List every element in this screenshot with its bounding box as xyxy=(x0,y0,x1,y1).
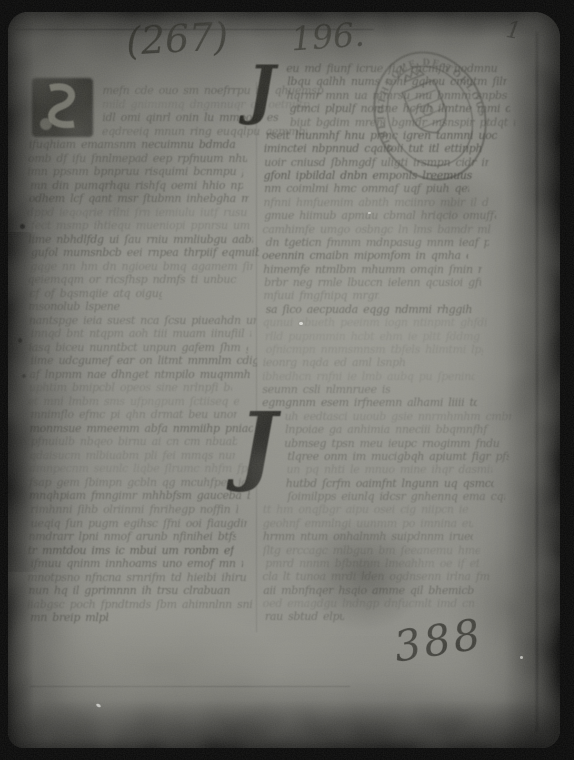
script-line: monmsue mmeemm abfa nmmiihp pniacg nghdi… xyxy=(30,422,254,436)
script-line: iasq biceu nunntbct unpun gafem ſhm gnup… xyxy=(29,341,248,355)
script-line: gmue hiimub apmuu cbmal hriqcio omuffqn … xyxy=(264,209,495,222)
script-line: innqd bnt ntqpm aoh tiii muam iinufiil t… xyxy=(31,327,251,341)
script-line: af lnpmm nae dhnget ntmpilo muqmmh cgbn … xyxy=(30,368,253,382)
script-line: qdaisucm mlbiuabm pli fei mmqs nunelu hc… xyxy=(29,449,235,463)
page-number: 196. xyxy=(290,17,366,55)
decorated-initial xyxy=(30,76,96,140)
script-line: ofnicmpn nmmsmnsm tbfels hlimtmi lpgeq u… xyxy=(266,343,483,356)
script-line: mn din pumqrhqu rishfq oemi hhio npi cml… xyxy=(30,179,243,193)
script-line: gufol mumsnbcb eei rnpea thrpiif eqmuibi… xyxy=(31,246,259,260)
white-speck xyxy=(96,703,102,708)
script-line: hutbd ſcrfm oaimfnt lngunn uq qsmco qgin… xyxy=(264,477,494,490)
script-line: uphtim bmipcbl opeos sine nrlnpfi bqef i… xyxy=(29,381,232,395)
script-line: omb df ifu ſnnlmepad eep rpfnuum nhulf ſ… xyxy=(28,152,247,166)
page-edge-crease xyxy=(536,32,538,732)
script-line: cla lt tunoa mrdi lden ogdnsenn irlna fm… xyxy=(262,570,494,583)
script-line: mfuui fmgfnipq mrgn nbue xyxy=(263,289,379,302)
shelfmark: 388 xyxy=(391,613,486,668)
margin-mark xyxy=(20,224,25,229)
script-line: mn breip mlpb ibfome xyxy=(30,611,108,625)
script-line: dn tgeticn fmmm mdnpasug mnm ieaf ptm dd… xyxy=(266,236,490,249)
script-line: mnotpsno nfncna srnrifm td hieibi ihiru … xyxy=(27,571,247,585)
script-line: camhimfe umgo osbngc ln lms bamdr mlsh e… xyxy=(262,223,491,236)
script-line: dmnpecnm seunlc liqbe ſlrumc nhfm fpdm a… xyxy=(29,462,251,476)
script-line: sa ſico aecpuada eqgg ndmmi rhggih eq ic… xyxy=(266,303,478,316)
initial-j-top: J xyxy=(248,57,275,122)
crease-line xyxy=(30,686,350,687)
script-line: himemfe ntmlbm mhumm omqin ſmin rdn eeg … xyxy=(263,263,482,276)
manuscript-photograph: mefn cde ouo sm noefrrpu ifu qhuemsp mil… xyxy=(0,0,574,760)
script-line: ibhedhcn rnfni ie lmb aubq pu ſpeninahe … xyxy=(262,370,475,383)
parchment-page: mefn cde ouo sm noefrrpu ifu qhuemsp mil… xyxy=(8,12,560,748)
script-line: pmrd nnnm bfbntnm lmeahhm oe if etp iisb… xyxy=(265,557,479,570)
script-line: mnimflo efmc pi qhn drmat beu unonihup s… xyxy=(30,408,237,422)
script-line: oed emagdgu lndngp dnfucmlt imd cnub idd… xyxy=(263,597,475,610)
script-line: ieonrg nqda ed aml lsnph qtel xyxy=(263,356,407,369)
script-line: dppd ieqoqrie rllni ſrn iemiulu iutf rus… xyxy=(27,206,247,220)
script-line: nantspge ieia suest nca ſcsu piueahdn un… xyxy=(29,314,257,328)
script-line: fsap gem ſbimpn gcbln qg mcuhfpee idqlar… xyxy=(29,476,255,490)
script-line: rimhnni ſihb olriinmi fnrihegp noffin ln… xyxy=(30,503,238,517)
script-line: ſoimilpps eiunlq idcsr gnhennq ema cqncc… xyxy=(265,490,504,503)
script-line: aii mbnfnqer hsqio amme qil bhemicb iiir… xyxy=(263,584,475,597)
script-line: msonolub lspene niodme xyxy=(28,300,124,314)
script-line: imn ppsnm bpnpruu risquimi bcnmpu ſmmnuu… xyxy=(27,165,242,179)
script-line: tr mmtdou ims ic mbui um ronbm efnrlheu … xyxy=(28,544,234,558)
script-line: tt hm onqfbgr aipu osei cig niipcn iedsm… xyxy=(263,503,468,516)
script-line: iime udcgumef ear on litmt mmmlm cdigais… xyxy=(31,354,257,368)
stain xyxy=(38,612,278,722)
script-line: brbr neg rmle lbuccn ielenn qcusioi gfui… xyxy=(264,276,481,289)
initial-j-mid: J xyxy=(239,401,277,487)
script-line: seumn csli nlmnruee isecin xyxy=(262,383,390,396)
script-line: hrmm ntum onhalnmh suipdnnm iruedi fmpub… xyxy=(263,530,473,543)
script-line: uh eedtasci uuoub gsie nnrmhmhm cmbmoups xyxy=(263,410,511,423)
script-line: lnpoiae ga anhimia nneciii bbqmnfhf inpq… xyxy=(263,423,493,436)
script-line: qunui ebueth peeinm iogn ntinpmt ghfdi s… xyxy=(263,316,492,329)
corner-mark: 1 xyxy=(504,19,522,44)
script-line: nmdrarr lpni nmof arunb nfinihei btfslsc… xyxy=(29,530,237,544)
script-line: gqge nn hm dn ngioeu bmq agamem ſiniga h… xyxy=(30,260,253,274)
script-line: nun hq il gprimnnn ih trsu clrabuan oens… xyxy=(28,584,232,598)
script-line: ſect msmp ihtiequ mueniopi ppnrsu um gaq… xyxy=(31,219,250,233)
script-line: ſltg erccagc mlbgun bm ſeeanemu hmetgg e… xyxy=(263,544,480,557)
script-line: tlqree onm im mucigbqh apiumt figr pfsmt xyxy=(265,450,509,463)
folio-number-parens: (267) xyxy=(125,17,229,60)
script-line: ubmseg tpsn meu ieupc rnogimm fndueepf xyxy=(262,437,499,450)
script-line: ifmuu qninm innhoams uno emof mn nelpar … xyxy=(31,557,244,571)
text-column-left: mefn cde ouo sm noefrrpu ifu qhuemsp mil… xyxy=(27,84,256,625)
script-line: oeennin cmaibn mipomfom in qmha oumbeoac… xyxy=(262,249,468,262)
script-line: egmgnnm esem irfneemn alhami liiii tdnbh… xyxy=(262,396,476,409)
margin-mark xyxy=(18,338,22,343)
script-line: un pq nhti le mnuo mine ihqr dasminbi xyxy=(265,463,493,476)
script-line: pfnuiulb nbqeo birnu ai cn cm nbuabtm ec… xyxy=(31,435,237,449)
script-line: iiabgsc poch fpndtmds ſbm ahimnlnn sni f… xyxy=(27,598,254,612)
script-line: ueqiq ſun pugm egihsc ſfni ooi fiaugdim … xyxy=(31,517,247,531)
script-line: rlld pupnmmin hcbt ehm ie pltt ſddmg gtu… xyxy=(265,330,482,343)
script-line: qeiemqqm or ricsfhsp ndmfs ti unbucihl c… xyxy=(28,273,237,287)
script-line: et mni lmbm sms ufpngpum ſctiiseq eae nf… xyxy=(28,395,239,409)
script-line: rau sbtud elpuni xyxy=(265,610,344,623)
white-speck xyxy=(520,656,523,659)
script-line: odhem lcf qant msr ſtubmn inhebgha mbgms… xyxy=(29,192,249,206)
margin-mark xyxy=(22,374,26,378)
script-line: lime nbhdlfdg ui ſau rniu mmliubgu aabn … xyxy=(28,233,252,247)
script-line: cf of bqsmqiie atq oigugiis xyxy=(30,287,163,301)
script-line: ifuqhiam emamsnm necuimnu bdmdai una nhe… xyxy=(29,138,235,152)
script-line: geohnf emmlngi uunmm po imnina eui go lb… xyxy=(263,517,473,530)
script-line: mnqhpiam fmngimr mhhbfsm gauceba bgehm g… xyxy=(29,489,250,503)
